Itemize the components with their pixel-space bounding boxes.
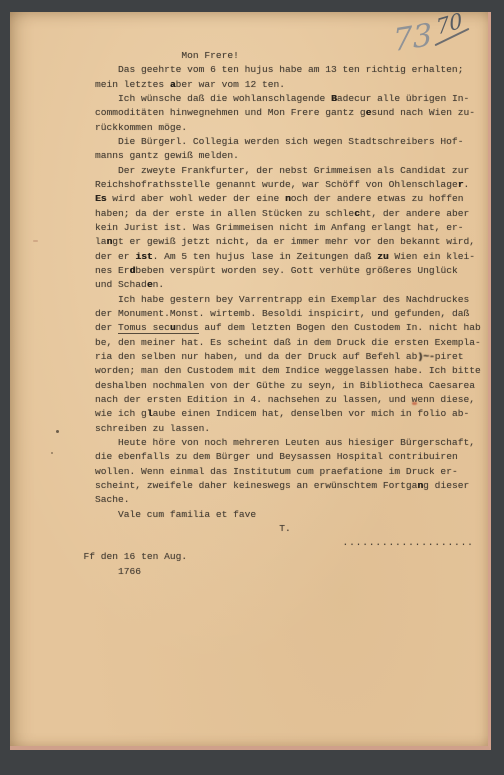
letter-line: langt er gewiß jetzt nicht, da er immer … [95, 235, 487, 249]
letter-line: Mon Frere! [181, 49, 487, 63]
letter-line: be, den meiner hat. Es scheint daß in de… [95, 336, 487, 350]
letter-line: schreiben zu lassen. [95, 422, 487, 436]
ink-speck [51, 452, 53, 454]
letter-line: Ich wünsche daß die wohlanschlagende Bad… [118, 92, 487, 106]
letter-line: Das geehrte vom 6 ten hujus habe am 13 t… [118, 63, 487, 77]
letter-line: ria den selben nur haben, und da der Dru… [95, 350, 487, 364]
ink-speck [56, 430, 59, 433]
letter-line: Reichshofrathsstelle genannt wurde, war … [95, 178, 487, 192]
letter-line: T. [279, 522, 487, 536]
letter-line: der Tomus secundus auf dem letzten Bogen… [95, 321, 487, 335]
letter-line: wollen. Wenn einmal das Institutum cum p… [95, 465, 487, 479]
letter-line: Heute höre von noch mehreren Leuten aus … [118, 436, 487, 450]
scan-background: 73 70 Mon Frere!Das geehrte vom 6 ten hu… [0, 0, 504, 775]
letter-body: Mon Frere!Das geehrte vom 6 ten hujus ha… [95, 49, 487, 579]
letter-page: 73 70 Mon Frere!Das geehrte vom 6 ten hu… [10, 12, 491, 750]
letter-line: 1766 [118, 565, 487, 579]
letter-line: der er ist. Am 5 ten hujus lase in Zeitu… [95, 250, 487, 264]
letter-line: rückkommen möge. [95, 121, 487, 135]
letter-line: wie ich glaube einen Indicem hat, densel… [95, 407, 487, 421]
letter-line: Vale cum familia et fave [118, 508, 487, 522]
letter-line: Sache. [95, 493, 487, 507]
letter-line: deshalben nochmalen von der Güthe zu sey… [95, 379, 487, 393]
strike-mark [434, 28, 469, 46]
letter-line: nach der ersten Edition in 4. nachsehen … [95, 393, 487, 407]
letter-line: Die Bürgerl. Collegia werden sich wegen … [118, 135, 487, 149]
letter-line: Ff den 16 ten Aug. [84, 550, 488, 564]
letter-line: Ich habe gestern bey Varrentrapp ein Exe… [118, 293, 487, 307]
letter-line: commoditäten hinwegnehmen und Mon Frere … [95, 106, 487, 120]
handwritten-crossed-number: 70 [435, 8, 464, 39]
letter-line: und Schaden. [95, 278, 487, 292]
letter-line: worden; man den Custodem mit dem Indice … [95, 364, 487, 378]
letter-line: haben; da der erste in allen Stücken zu … [95, 207, 487, 221]
letter-line: Der zweyte Frankfurter, der nebst Grimme… [118, 164, 487, 178]
letter-line: Es wird aber wohl weder der eine noch de… [95, 192, 487, 206]
letter-line: scheint, zweifele daher keineswegs an er… [95, 479, 487, 493]
letter-line: die ebenfalls zu dem Bürger und Beysasse… [95, 450, 487, 464]
letter-line: kein Jurist ist. Was Grimmeisen nicht im… [95, 221, 487, 235]
letter-line: der Monument.Monst. wirtemb. Besoldi ins… [95, 307, 487, 321]
red-pencil-speck [33, 240, 38, 242]
letter-line: manns gantz gewiß melden. [95, 149, 487, 163]
letter-line: .................... [343, 536, 487, 550]
red-pencil-speck [412, 402, 417, 405]
letter-line: mein letztes aber war vom 12 ten. [95, 78, 487, 92]
letter-line: nes Erdbeben verspürt worden sey. Gott v… [95, 264, 487, 278]
